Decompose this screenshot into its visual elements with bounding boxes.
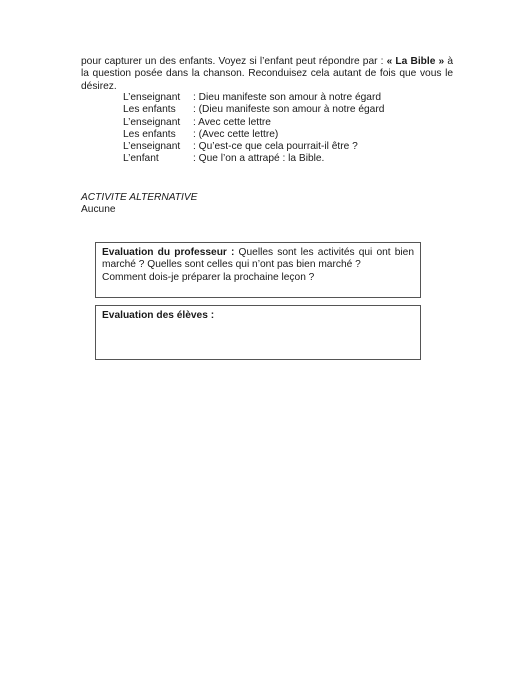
dialogue-row: L’enseignant : Qu’est-ce que cela pourra… [123, 141, 384, 153]
instruction-paragraph: pour capturer un des enfants. Voyez si l… [81, 56, 453, 93]
dialogue-block: L’enseignant : Dieu manifeste son amour … [123, 92, 384, 166]
dialogue-line: : Dieu manifeste son amour à notre égard [193, 92, 381, 104]
dialogue-row: Les enfants : (Avec cette lettre) [123, 129, 384, 141]
dialogue-row: L’enseignant : Avec cette lettre [123, 117, 384, 129]
paragraph-text: pour capturer un des enfants. Voyez si l… [81, 56, 387, 67]
alternative-activity: ACTIVITE ALTERNATIVE Aucune [81, 192, 197, 217]
dialogue-speaker: Les enfants [123, 104, 193, 116]
dialogue-row: L’enseignant : Dieu manifeste son amour … [123, 92, 384, 104]
dialogue-speaker: L’enseignant [123, 117, 193, 129]
dialogue-speaker: L’enseignant [123, 92, 193, 104]
dialogue-speaker: Les enfants [123, 129, 193, 141]
dialogue-line: : (Avec cette lettre) [193, 129, 278, 141]
dialogue-line: : (Dieu manifeste son amour à notre égar… [193, 104, 384, 116]
teacher-evaluation-label: Evaluation du professeur : [102, 247, 234, 258]
dialogue-line: : Que l’on a attrapé : la Bible. [193, 153, 324, 165]
alternative-activity-title: ACTIVITE ALTERNATIVE [81, 192, 197, 204]
dialogue-line: : Qu’est-ce que cela pourrait-il être ? [193, 141, 358, 153]
dialogue-row: Les enfants : (Dieu manifeste son amour … [123, 104, 384, 116]
document-page: pour capturer un des enfants. Voyez si l… [0, 0, 532, 688]
dialogue-speaker: L’enseignant [123, 141, 193, 153]
alternative-activity-value: Aucune [81, 204, 197, 216]
student-evaluation-box: Evaluation des élèves : [95, 305, 421, 360]
dialogue-row: L’enfant : Que l’on a attrapé : la Bible… [123, 153, 384, 165]
student-evaluation-label: Evaluation des élèves : [102, 310, 214, 321]
dialogue-line: : Avec cette lettre [193, 117, 271, 129]
paragraph-emphasis: « La Bible » [387, 56, 445, 67]
teacher-evaluation-text-2: Comment dois-je préparer la prochaine le… [102, 272, 314, 283]
dialogue-speaker: L’enfant [123, 153, 193, 165]
teacher-evaluation-box: Evaluation du professeur : Quelles sont … [95, 242, 421, 298]
